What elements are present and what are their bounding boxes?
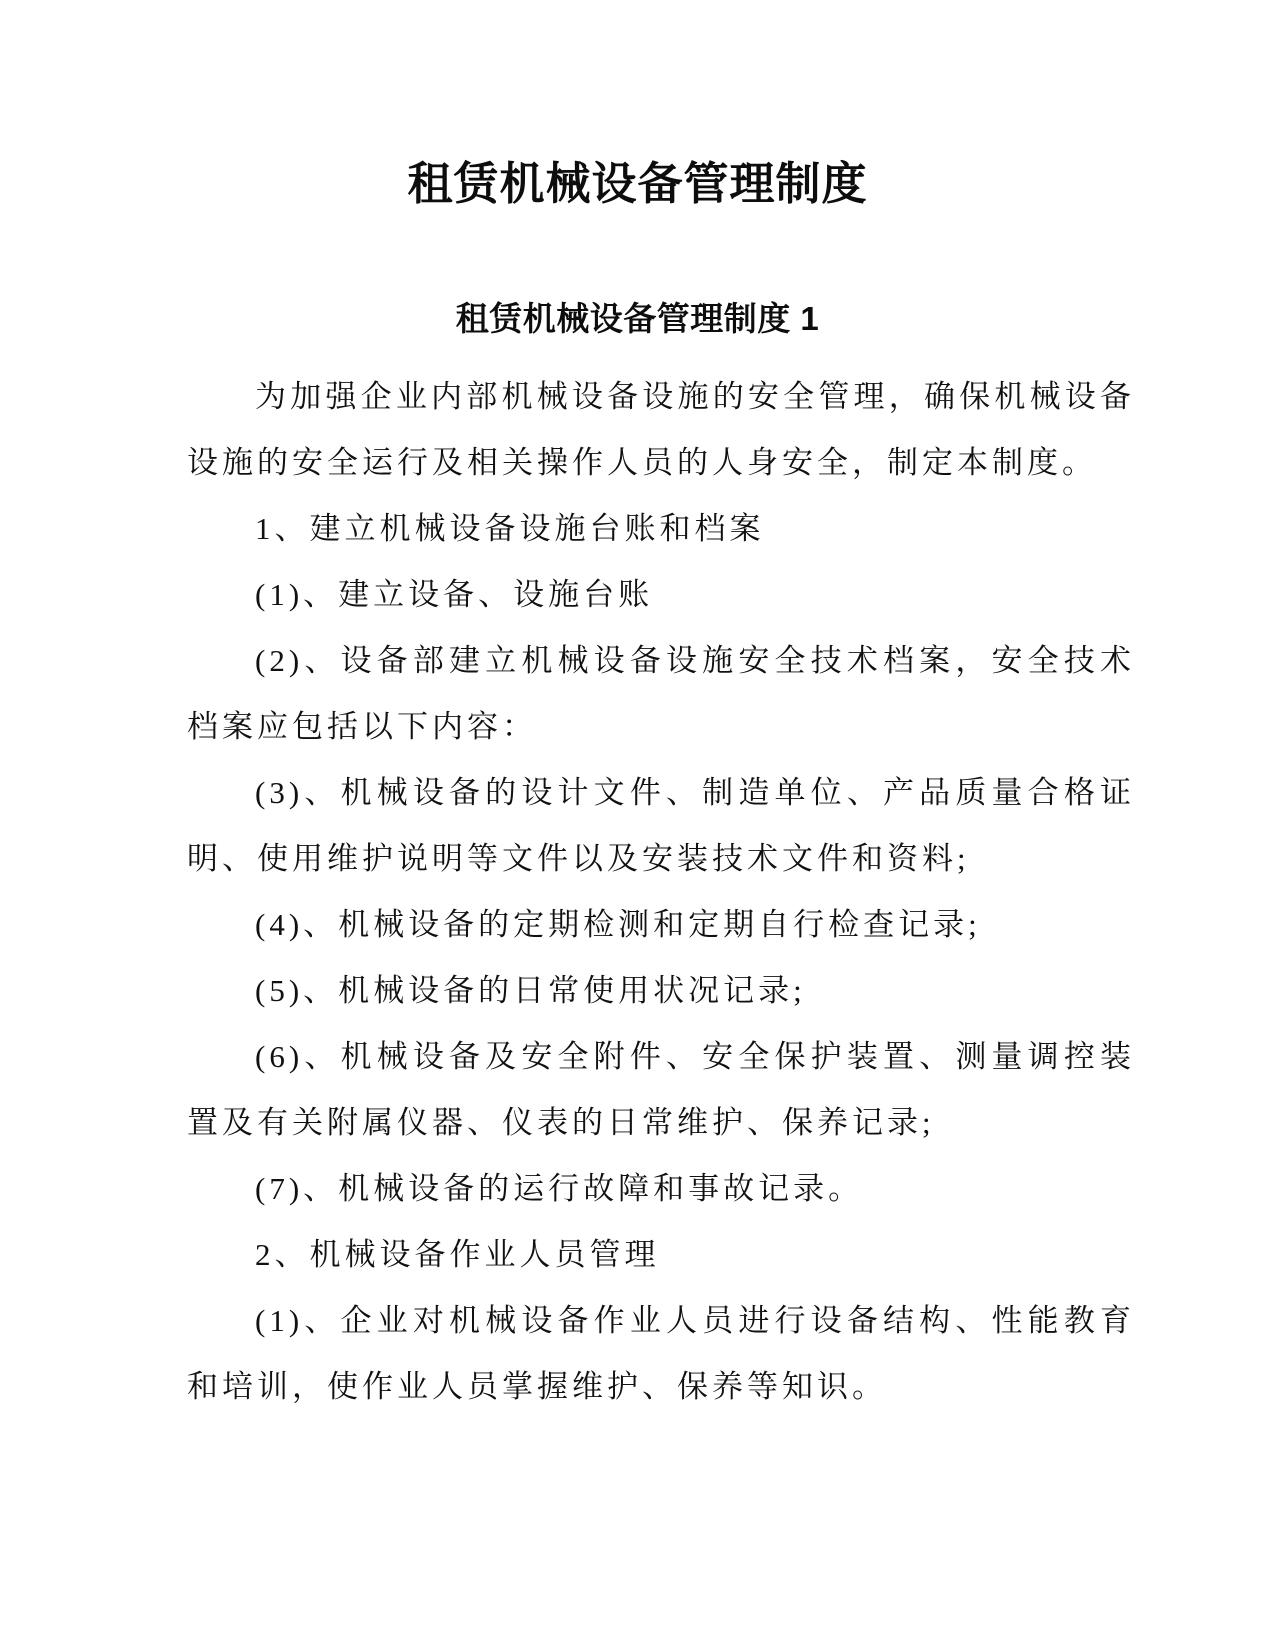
body-paragraph-item-1-4: (4)、机械设备的定期检测和定期自行检查记录; (187, 892, 1135, 958)
body-paragraph-item-1-3: (3)、机械设备的设计文件、制造单位、产品质量合格证明、使用维护说明等文件以及安… (187, 760, 1135, 892)
body-paragraph-item-1-1: (1)、建立设备、设施台账 (187, 562, 1135, 628)
document-title: 租赁机械设备管理制度 (0, 158, 1275, 210)
body-paragraph-intro: 为加强企业内部机械设备设施的安全管理，确保机械设备设施的安全运行及相关操作人员的… (187, 364, 1135, 496)
document-subtitle: 租赁机械设备管理制度 1 (0, 296, 1275, 342)
body-paragraph-item-2-1: (1)、企业对机械设备作业人员进行设备结构、性能教育和培训，使作业人员掌握维护、… (187, 1288, 1135, 1420)
body-paragraph-section-2: 2、机械设备作业人员管理 (187, 1222, 1135, 1288)
body-paragraph-item-1-6: (6)、机械设备及安全附件、安全保护装置、测量调控装置及有关附属仪器、仪表的日常… (187, 1024, 1135, 1156)
document-body: 为加强企业内部机械设备设施的安全管理，确保机械设备设施的安全运行及相关操作人员的… (187, 364, 1135, 1420)
body-paragraph-item-1-2: (2)、设备部建立机械设备设施安全技术档案，安全技术档案应包括以下内容： (187, 628, 1135, 760)
body-paragraph-item-1-7: (7)、机械设备的运行故障和事故记录。 (187, 1156, 1135, 1222)
body-paragraph-item-1-5: (5)、机械设备的日常使用状况记录; (187, 958, 1135, 1024)
body-paragraph-section-1: 1、建立机械设备设施台账和档案 (187, 496, 1135, 562)
document-page: 租赁机械设备管理制度 租赁机械设备管理制度 1 为加强企业内部机械设备设施的安全… (0, 0, 1275, 1650)
